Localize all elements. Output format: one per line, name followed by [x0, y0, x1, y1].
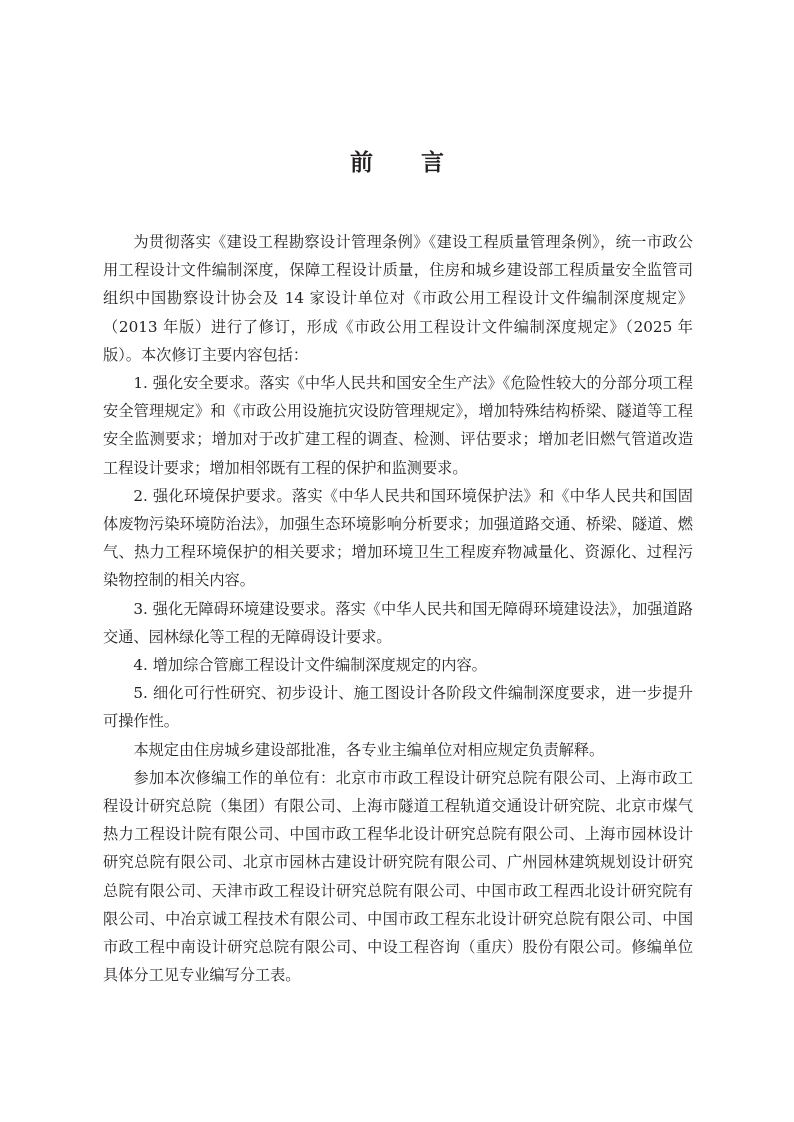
title-char-2: 言: [421, 146, 444, 180]
contributors-paragraph: 参加本次修编工作的单位有：北京市市政工程设计研究总院有限公司、上海市政工程设计研…: [103, 764, 693, 990]
item-safety-paragraph: 1. 强化安全要求。落实《中华人民共和国安全生产法》《危险性较大的分部分项工程安…: [103, 369, 693, 482]
intro-paragraph: 为贯彻落实《建设工程勘察设计管理条例》《建设工程质量管理条例》，统一市政公用工程…: [103, 228, 693, 369]
item-design-depth-paragraph: 5. 细化可行性研究、初步设计、施工图设计各阶段文件编制深度要求，进一步提升可操…: [103, 679, 693, 735]
item-utility-tunnel-paragraph: 4. 增加综合管廊工程设计文件编制深度规定的内容。: [103, 651, 693, 679]
item-environment-paragraph: 2. 强化环境保护要求。落实《中华人民共和国环境保护法》和《中华人民共和国固体废…: [103, 482, 693, 595]
approval-paragraph: 本规定由住房城乡建设部批准，各专业主编单位对相应规定负责解释。: [103, 736, 693, 764]
page-title: 前言: [0, 146, 794, 180]
title-char-1: 前: [350, 146, 373, 180]
preface-body: 为贯彻落实《建设工程勘察设计管理条例》《建设工程质量管理条例》，统一市政公用工程…: [103, 228, 693, 989]
document-page: 前言 为贯彻落实《建设工程勘察设计管理条例》《建设工程质量管理条例》，统一市政公…: [0, 0, 794, 1122]
item-accessibility-paragraph: 3. 强化无障碍环境建设要求。落实《中华人民共和国无障碍环境建设法》，加强道路交…: [103, 595, 693, 651]
